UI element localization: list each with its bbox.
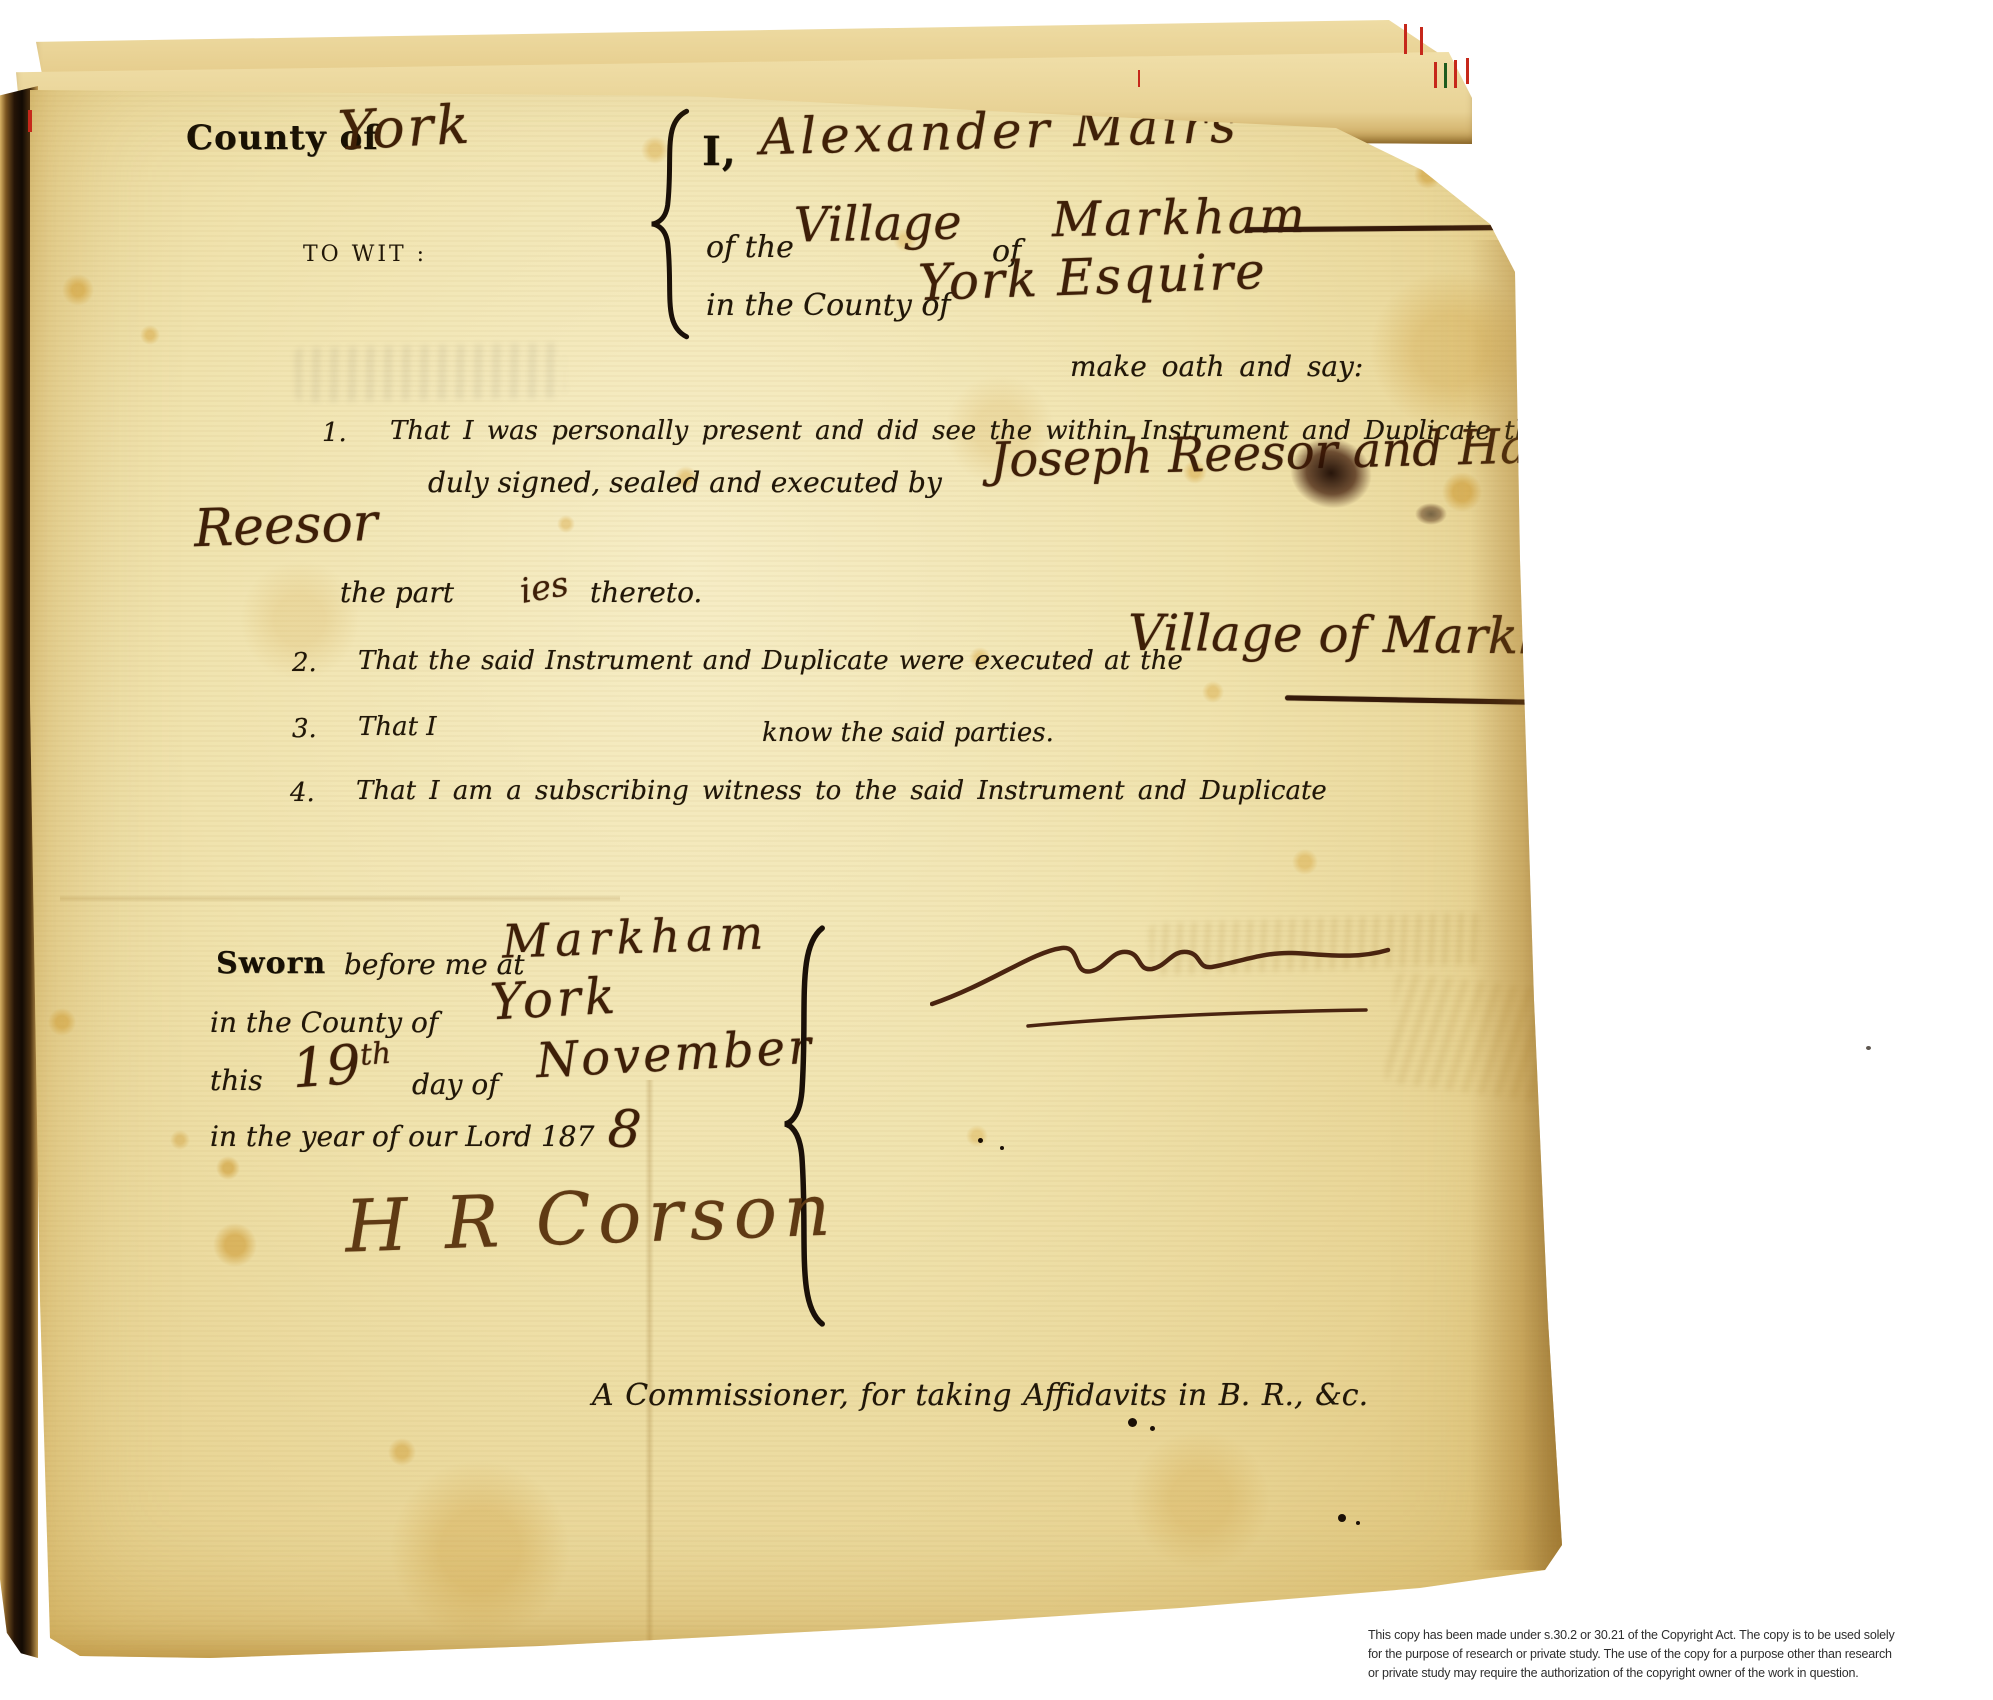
red-ruling-mark: [1138, 70, 1140, 87]
ink-speck: [978, 1138, 983, 1143]
aged-edge-vignette: [0, 0, 1572, 1672]
copyright-line: or private study may require the authori…: [1368, 1664, 1895, 1683]
dust-speck: [1866, 1046, 1871, 1050]
ink-speck: [1000, 1146, 1004, 1150]
affidavit-page: County of York I, Alexander Mairs of the…: [0, 0, 1572, 1672]
ink-speck: [695, 12, 700, 17]
green-ruling-mark: [1444, 63, 1447, 88]
red-ruling-mark: [1466, 58, 1469, 84]
ink-speck: [1150, 1426, 1155, 1431]
red-ruling-mark: [1404, 24, 1407, 54]
red-ruling-mark: [1434, 62, 1437, 88]
scanned-affidavit-document: County of York I, Alexander Mairs of the…: [0, 0, 1993, 1700]
copyright-line: This copy has been made under s.30.2 or …: [1368, 1626, 1895, 1645]
red-ruling-mark: [1454, 60, 1457, 88]
stray-mark: [1548, 678, 1562, 681]
ink-speck: [1338, 1514, 1346, 1522]
red-ruling-mark: [28, 110, 32, 132]
ink-speck: [1356, 1521, 1360, 1525]
copyright-notice: This copy has been made under s.30.2 or …: [1368, 1626, 1895, 1683]
ink-speck: [1128, 1418, 1137, 1427]
red-ruling-mark: [1420, 27, 1423, 55]
copyright-line: for the purpose of research or private s…: [1368, 1645, 1895, 1664]
